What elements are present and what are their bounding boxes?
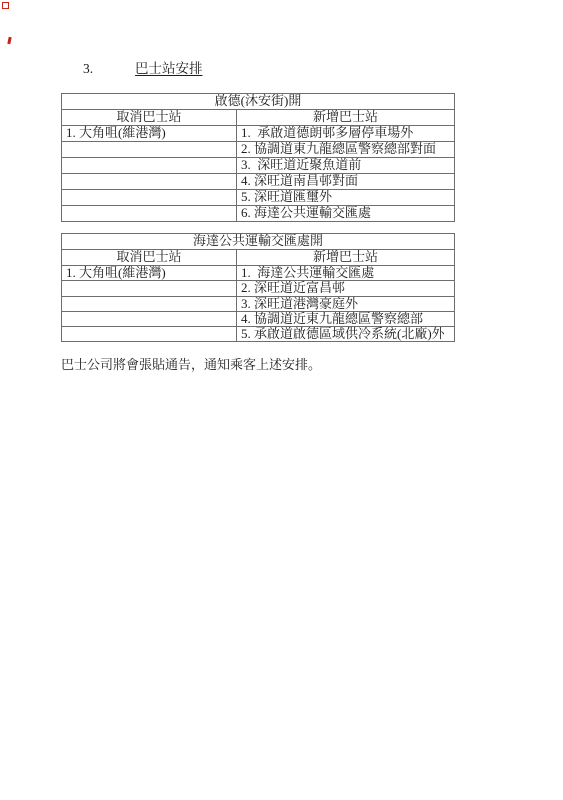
table-row: 1. 大角咀(維港灣) 1. 海達公共運輸交匯處 (62, 266, 455, 281)
table-header-row: 取消巴士站 新增巴士站 (62, 250, 455, 266)
table-row: 2. 協調道東九龍總區警察總部對面 (62, 142, 455, 158)
table-title-row: 啟德(沐安街)開 (62, 94, 455, 110)
new-stop-cell: 6. 海達公共運輸交匯處 (237, 206, 455, 222)
new-stop-cell: 1. 海達公共運輸交匯處 (237, 266, 455, 281)
cancelled-stop-cell (62, 311, 237, 326)
table-row: 1. 大角咀(維港灣) 1. 承啟道德朗邨多層停車場外 (62, 126, 455, 142)
table-row: 4. 深旺道南昌邨對面 (62, 174, 455, 190)
cancelled-stop-cell: 1. 大角咀(維港灣) (62, 126, 237, 142)
cancelled-stop-cell (62, 142, 237, 158)
new-stop-cell: 3. 深旺道近聚魚道前 (237, 158, 455, 174)
table-title: 海達公共運輸交匯處開 (62, 234, 455, 250)
cancelled-stop-cell (62, 158, 237, 174)
section-heading: 3.巴士站安排 (83, 61, 203, 76)
cancelled-stop-cell (62, 190, 237, 206)
new-stop-cell: 5. 深旺道匯璽外 (237, 190, 455, 206)
new-stop-cell: 4. 協調道近東九龍總區警察總部 (237, 311, 455, 326)
cancelled-stop-cell (62, 174, 237, 190)
table-kai-tak-departure: 啟德(沐安街)開 取消巴士站 新增巴士站 1. 大角咀(維港灣) 1. 承啟道德… (61, 93, 455, 222)
table-title-row: 海達公共運輸交匯處開 (62, 234, 455, 250)
table-row: 4. 協調道近東九龍總區警察總部 (62, 311, 455, 326)
section-number: 3. (83, 61, 135, 76)
new-stop-cell: 2. 協調道東九龍總區警察總部對面 (237, 142, 455, 158)
new-stop-cell: 5. 承啟道啟德區域供冷系統(北廠)外 (237, 327, 455, 342)
new-stop-cell: 4. 深旺道南昌邨對面 (237, 174, 455, 190)
cancelled-stop-cell (62, 327, 237, 342)
table-header-row: 取消巴士站 新增巴士站 (62, 110, 455, 126)
table-title: 啟德(沐安街)開 (62, 94, 455, 110)
new-stop-cell: 1. 承啟道德朗邨多層停車場外 (237, 126, 455, 142)
new-stop-cell: 2. 深旺道近富昌邨 (237, 281, 455, 296)
closing-note: 巴士公司將會張貼通告，通知乘客上述安排。 (61, 357, 321, 373)
table-row: 5. 深旺道匯璽外 (62, 190, 455, 206)
cancelled-stop-cell (62, 281, 237, 296)
section-title: 巴士站安排 (135, 61, 203, 76)
scan-artifact-red-mark (7, 37, 11, 44)
new-stop-cell: 3. 深旺道港灣豪庭外 (237, 296, 455, 311)
column-header-new-stops: 新增巴士站 (237, 110, 455, 126)
column-header-new-stops: 新增巴士站 (237, 250, 455, 266)
column-header-cancelled-stops: 取消巴士站 (62, 250, 237, 266)
table-hoi-tat-pti-departure: 海達公共運輸交匯處開 取消巴士站 新增巴士站 1. 大角咀(維港灣) 1. 海達… (61, 233, 455, 342)
cancelled-stop-cell (62, 206, 237, 222)
table-row: 3. 深旺道近聚魚道前 (62, 158, 455, 174)
cancelled-stop-cell (62, 296, 237, 311)
table-row: 2. 深旺道近富昌邨 (62, 281, 455, 296)
column-header-cancelled-stops: 取消巴士站 (62, 110, 237, 126)
table-row: 3. 深旺道港灣豪庭外 (62, 296, 455, 311)
document-page: 3.巴士站安排 啟德(沐安街)開 取消巴士站 新增巴士站 1. 大角咀(維港灣)… (0, 0, 563, 800)
table-row: 6. 海達公共運輸交匯處 (62, 206, 455, 222)
cancelled-stop-cell: 1. 大角咀(維港灣) (62, 266, 237, 281)
table-row: 5. 承啟道啟德區域供冷系統(北廠)外 (62, 327, 455, 342)
scan-artifact-red-square (2, 2, 9, 9)
